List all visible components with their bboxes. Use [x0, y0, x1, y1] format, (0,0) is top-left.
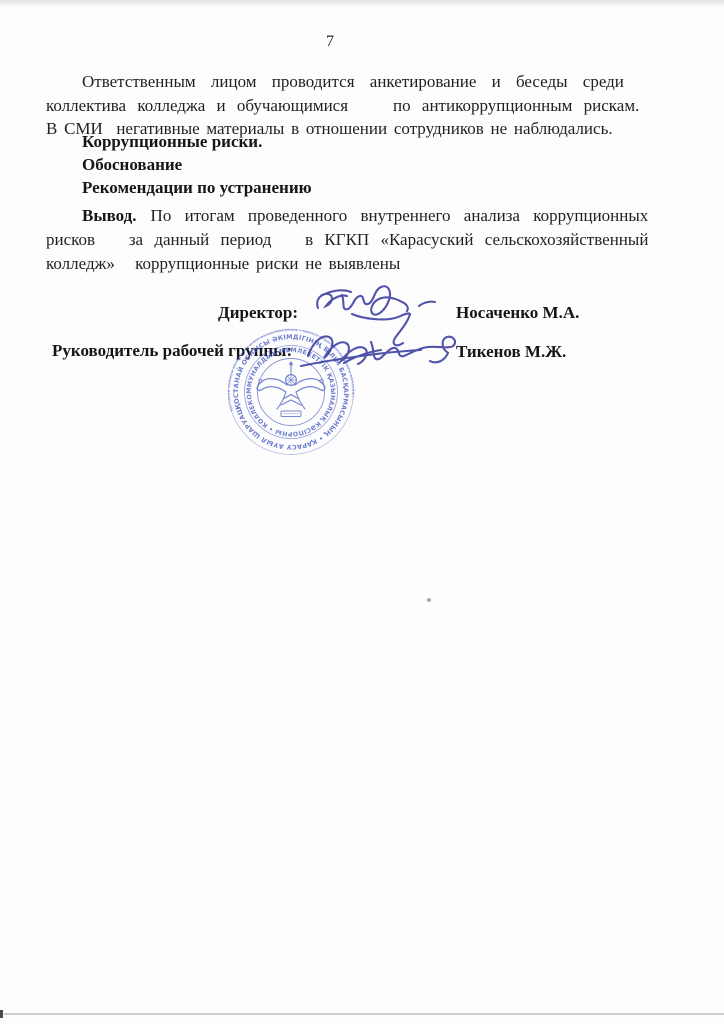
heading-corruption-risks: Коррупционные риски. [82, 130, 678, 153]
stamp-emblem-icon [257, 361, 325, 417]
director-label: Директор: [218, 303, 298, 323]
conclusion-line: колледж» коррупционные риски не выявлены [46, 252, 678, 276]
page-number: 7 [0, 33, 660, 51]
scanned-document-page: 7 Ответственным лицом проводится анкетир… [0, 0, 724, 1024]
stamp-seal-icon: ҚОСТАНАЙ ОБЛЫСЫ ӘКІМДІГІНІҢ БІЛІМ БАСҚАР… [225, 326, 357, 458]
paragraph-conclusion: Вывод.По итогам проведенного внутреннего… [46, 204, 678, 276]
conclusion-label: Вывод. [82, 206, 137, 225]
conclusion-line: рисков за данный период в КГКП «Карасуск… [46, 228, 678, 252]
scan-artifact-bottom-line [4, 1013, 724, 1015]
official-round-stamp: ҚОСТАНАЙ ОБЛЫСЫ ӘКІМДІГІНІҢ БІЛІМ БАСҚАР… [225, 326, 357, 458]
conclusion-text: По итогам проведенного внутреннего анали… [151, 206, 649, 225]
headings-list: Коррупционные риски. Обоснование Рекомен… [46, 130, 678, 199]
paragraph-line: коллектива колледжа и обучающимися по ан… [46, 94, 678, 118]
heading-recommendations: Рекомендации по устранению [82, 176, 678, 199]
conclusion-line: Вывод.По итогам проведенного внутреннего… [46, 204, 678, 228]
scan-artifact-corner-mark [0, 1010, 3, 1018]
director-name: Носаченко М.А. [456, 303, 579, 323]
scan-artifact-top-band [0, 0, 724, 7]
working-group-lead-name: Тикенов М.Ж. [456, 342, 566, 362]
scan-speck [427, 598, 431, 602]
paragraph-line: Ответственным лицом проводится анкетиров… [46, 70, 678, 94]
heading-justification: Обоснование [82, 153, 678, 176]
